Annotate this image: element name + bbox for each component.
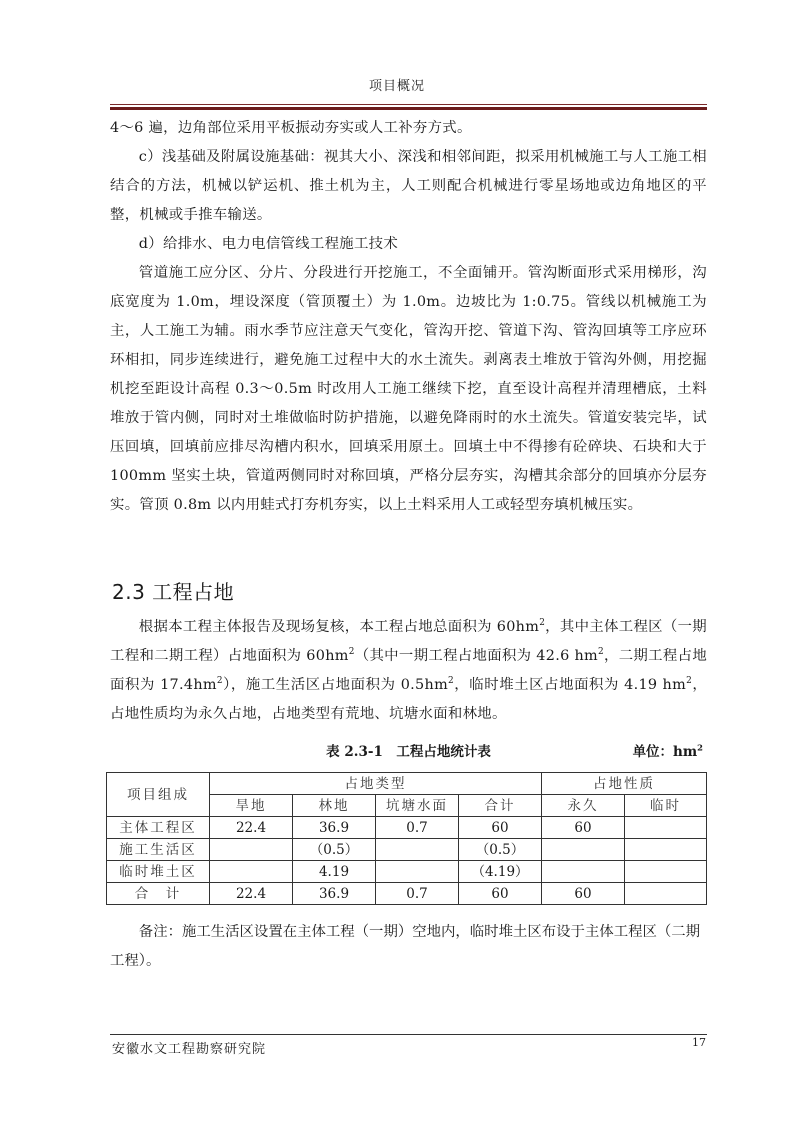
- cell: [210, 861, 293, 883]
- cell: [625, 883, 707, 905]
- cell: 60: [459, 883, 542, 905]
- paragraph-shallow-foundation: c）浅基础及附属设施基础：视其大小、深浅和相邻间距，拟采用机械施工与人工施工相结…: [110, 143, 707, 230]
- paragraph-land-use: 根据本工程主体报告及现场复核，本工程占地总面积为 60hm2，其中主体工程区（一…: [110, 613, 707, 729]
- header-land-nature: 占地性质: [542, 773, 707, 795]
- cell: [625, 839, 707, 861]
- row-label: 主体工程区: [107, 817, 210, 839]
- table-row: 临时堆土区 4.19 （4.19）: [107, 861, 707, 883]
- footer-rule: [110, 1034, 707, 1035]
- body-text-block: 4～6 遍，边角部位采用平板振动夯实或人工补夯方式。 c）浅基础及附属设施基础：…: [110, 114, 707, 520]
- table-unit: 单位：hm2: [633, 740, 703, 760]
- cell: （4.19）: [459, 861, 542, 883]
- header-rule-thick: [110, 107, 707, 110]
- header-subtotal: 合计: [459, 795, 542, 817]
- note-text: 备注：施工生活区设置在主体工程（一期）空地内，临时堆土区布设于主体工程区（二期工…: [110, 918, 707, 976]
- header-land-type: 占地类型: [210, 773, 542, 795]
- cell: 22.4: [210, 883, 293, 905]
- header-rule-thin: [110, 104, 707, 105]
- row-label: 施工生活区: [107, 839, 210, 861]
- cell: 36.9: [293, 817, 376, 839]
- table-row-total: 合 计 22.4 36.9 0.7 60 60: [107, 883, 707, 905]
- header-temporary: 临时: [625, 795, 707, 817]
- table-row: 施工生活区 （0.5） （0.5）: [107, 839, 707, 861]
- header-forest: 林地: [293, 795, 376, 817]
- footer-organization: 安徽水文工程勘察研究院: [112, 1038, 266, 1057]
- paragraph-subheading-pipeline: d）给排水、电力电信管线工程施工技术: [110, 230, 707, 259]
- table-caption-row: 表 2.3-1 工程占地统计表 单位：hm2: [110, 740, 707, 760]
- land-use-intro: 根据本工程主体报告及现场复核，本工程占地总面积为 60hm2，其中主体工程区（一…: [110, 613, 707, 729]
- cell: [210, 839, 293, 861]
- header-dry-land: 旱地: [210, 795, 293, 817]
- cell: 22.4: [210, 817, 293, 839]
- header-component: 项目组成: [107, 773, 210, 817]
- cell: 60: [542, 817, 625, 839]
- cell: [542, 839, 625, 861]
- paragraph-continuation: 4～6 遍，边角部位采用平板振动夯实或人工补夯方式。: [110, 114, 707, 143]
- header-permanent: 永久: [542, 795, 625, 817]
- page-number: 17: [692, 1036, 706, 1049]
- table-note: 备注：施工生活区设置在主体工程（一期）空地内，临时堆土区布设于主体工程区（二期工…: [110, 918, 707, 976]
- table-row: 主体工程区 22.4 36.9 0.7 60 60: [107, 817, 707, 839]
- cell: 4.19: [293, 861, 376, 883]
- header-title: 项目概况: [0, 75, 794, 94]
- cell: 36.9: [293, 883, 376, 905]
- cell: 60: [459, 817, 542, 839]
- cell: （0.5）: [459, 839, 542, 861]
- cell: [376, 839, 459, 861]
- cell: [542, 861, 625, 883]
- section-heading: 2.3 工程占地: [112, 576, 234, 605]
- row-label: 临时堆土区: [107, 861, 210, 883]
- cell: [625, 817, 707, 839]
- land-use-table: 项目组成 占地类型 占地性质 旱地 林地 坑塘水面 合计 永久 临时 主体工程区…: [106, 772, 707, 905]
- cell: （0.5）: [293, 839, 376, 861]
- cell: 0.7: [376, 883, 459, 905]
- cell: 60: [542, 883, 625, 905]
- cell: 0.7: [376, 817, 459, 839]
- cell: [625, 861, 707, 883]
- header-pond-water: 坑塘水面: [376, 795, 459, 817]
- table-caption: 表 2.3-1 工程占地统计表: [110, 740, 707, 760]
- header-rule: [110, 104, 707, 110]
- paragraph-pipeline-construction: 管道施工应分区、分片、分段进行开挖施工，不全面铺开。管沟断面形式采用梯形，沟底宽…: [110, 259, 707, 520]
- cell: [376, 861, 459, 883]
- row-label: 合 计: [107, 883, 210, 905]
- table-header-row-group: 项目组成 占地类型 占地性质: [107, 773, 707, 795]
